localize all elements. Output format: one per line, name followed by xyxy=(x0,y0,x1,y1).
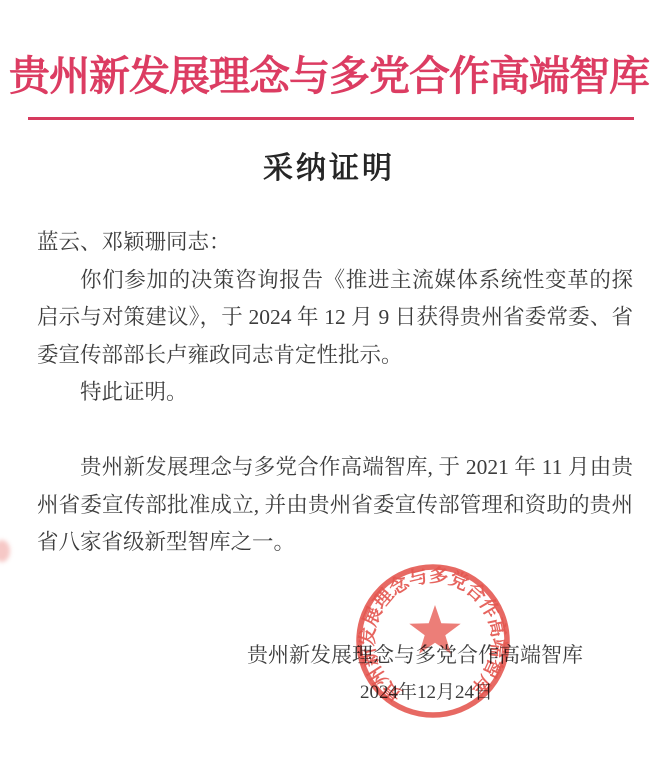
official-seal: 贵州新发展理念与多党合作高端智库 xyxy=(348,556,518,726)
document-body: 蓝云、邓颖珊同志： 你们参加的决策咨询报告《推进主流媒体系统性变革的探索 启示与… xyxy=(37,224,633,562)
body-line: 贵州新发展理念与多党合作高端智库, 于 2021 年 11 月由贵 xyxy=(37,449,633,487)
letterhead-org-name: 贵州新发展理念与多党合作高端智库 xyxy=(0,52,658,101)
body-line: 省八家省级新型智库之一。 xyxy=(37,524,633,562)
ink-smudge xyxy=(0,540,10,562)
body-line: 你们参加的决策咨询报告《推进主流媒体系统性变革的探索 xyxy=(37,262,633,300)
letterhead-divider xyxy=(28,117,634,120)
body-line: 启示与对策建议》，于 2024 年 12 月 9 日获得贵州省委常委、省 xyxy=(37,299,633,337)
body-line: 州省委宣传部批准成立, 并由贵州省委宣传部管理和资助的贵州 xyxy=(37,487,633,525)
star-icon xyxy=(409,605,460,654)
attestation-line: 特此证明。 xyxy=(37,374,633,412)
body-line: 委宣传部部长卢雍政同志肯定性批示。 xyxy=(37,337,633,375)
certificate-page: 贵州新发展理念与多党合作高端智库 采纳证明 蓝云、邓颖珊同志： 你们参加的决策咨… xyxy=(0,0,658,768)
document-title: 采纳证明 xyxy=(0,149,658,188)
greeting-line: 蓝云、邓颖珊同志： xyxy=(37,224,633,262)
